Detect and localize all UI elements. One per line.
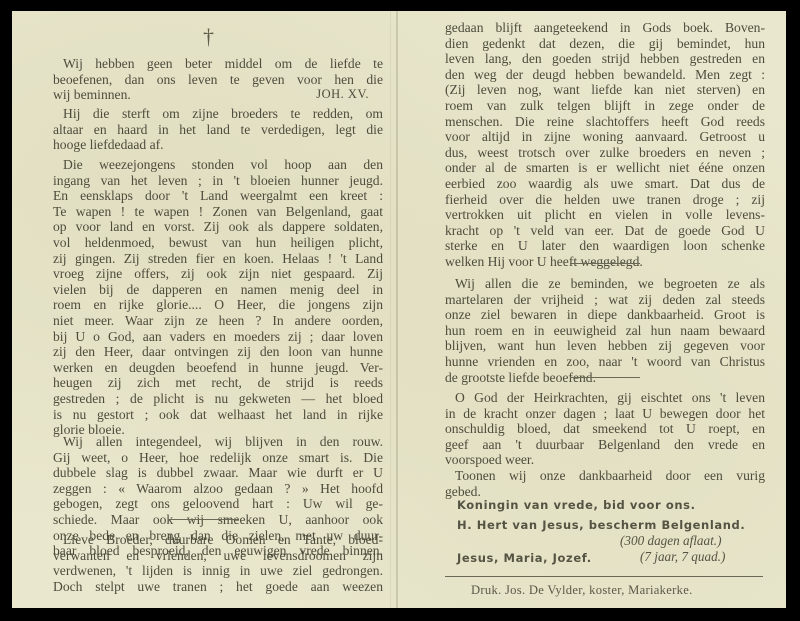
text-line: fierheid over die helden uwe tranen drog… [445, 192, 765, 208]
text-line: blijven, want hun leven hebben zij gegev… [445, 338, 765, 354]
text-line: verdwenen, 't lijden is innig in uwe zie… [53, 563, 383, 579]
paragraph-2: Wij allen die ze beminden, we begroeten … [445, 276, 765, 385]
text-line: roem en rijke glorie.... O Heer, die jon… [53, 297, 383, 313]
text-line: wij beminnen. JOH. XV. [53, 87, 383, 103]
text-line: onschuldig bloed, dat smeekend tot U roe… [445, 421, 765, 437]
text-line: Wij allen die ze beminden, we begroeten … [445, 276, 765, 292]
divider [168, 519, 238, 520]
text-line: zeggen : « Waarom alzoo gedaan ? » Het h… [53, 481, 383, 497]
epigraph-source: JOH. XV. [316, 87, 369, 103]
text-line: roem van zulk telgen blijft in zege onde… [445, 98, 765, 114]
text-line: Lieve Broeder, duurbare Oomen en Tante, … [53, 532, 383, 548]
text-line: op voor land en vorst. Zij ook als dappe… [53, 219, 383, 235]
text-line: welken Hij voor U heeft weggelegd. [445, 254, 765, 270]
text-line: sterke en U later den waardigen loon sch… [445, 238, 765, 254]
text-line: zij gingen. Zij streden fier en koen. He… [53, 251, 383, 267]
text-line: menschen. Die reine slachtoffers heeft G… [445, 114, 765, 130]
text-line: beoefenen, dan ons leven te geven voor h… [53, 72, 383, 88]
text-line: is nu gestort ; ook dat welhaast het lan… [53, 407, 383, 423]
text-line: Doch stelpt uwe tranen ; het goede aan w… [53, 579, 383, 595]
paragraph-1: Hij die sterft om zijne broeders te redd… [53, 106, 383, 153]
text-line: vroeg zijne offers, zij ook zijn niet ge… [53, 266, 383, 282]
text-line: werken en deugden beoefend in hunne jeug… [53, 360, 383, 376]
text-line: Te wapen ! te wapen ! Zonen van Belgenla… [53, 204, 383, 220]
text-line: gedaan blijft aangeteekend in Gods boek.… [445, 20, 765, 36]
text-line: heugen zij zich met recht, de strijd is … [53, 375, 383, 391]
text-line: Toonen wij onze dankbaarheid door een vu… [445, 468, 765, 484]
prayer-line-1: Koningin van vrede, bid voor ons. [457, 498, 696, 514]
cross-icon: † [203, 26, 214, 48]
paragraph-1: gedaan blijft aangeteekend in Gods boek.… [445, 20, 765, 270]
fold-shadow [390, 11, 391, 608]
text-line: gebogen, zegt ons geloovend hart : Uw wi… [53, 496, 383, 512]
text-line: dien gedenkt dat dezen, die gij bemindet… [445, 36, 765, 52]
indulgence-1: (300 dagen aflaat.) [620, 533, 721, 549]
text-line: eerbied zoo waardig als uwe smart. Dat d… [445, 176, 765, 192]
text-line: Wij hebben geen beter middel om de liefd… [53, 56, 383, 72]
text-line: onze ziel bewaren in diepe dankbaarheid.… [445, 307, 765, 323]
footer-rule [445, 576, 763, 577]
text-line: geef aan 't duurbaar Belgenland den vred… [445, 437, 765, 453]
text-line: Gij weet, o Heer, hoe redelijk onze smar… [53, 450, 383, 466]
text-line: ingang van het leven ; in 't bloeien hun… [53, 173, 383, 189]
epigraph: Wij hebben geen beter middel om de liefd… [53, 56, 383, 103]
text-line: martelaren der vrijheid ; wat zij deden … [445, 292, 765, 308]
paragraph-3: O God der Heirkrachten, gij eischtet ons… [445, 390, 765, 468]
text-line: leven lang, den goeden strijd hebben ges… [445, 51, 765, 67]
text-line: Wij allen integendeel, wij blijven in de… [53, 434, 383, 450]
text-line: En eensklaps door 't Land weergalmt een … [53, 188, 383, 204]
text-line: vol heldenmoed, bewust van hun heiligen … [53, 235, 383, 251]
prayer-line-2: H. Hert van Jesus, bescherm Belgenland. [457, 518, 745, 534]
text-line: verwanten en vrienden, uwe levensdroomen… [53, 548, 383, 564]
text-line: onder al de smarten is er wellicht niet … [445, 160, 765, 176]
text-line: hunne vrienden en zoo, naar 't woord van… [445, 354, 765, 370]
text-line: vielen bij de dapperen en namen menig de… [53, 282, 383, 298]
text-line: hun roem en in eeuwigheid zal hun naam b… [445, 323, 765, 339]
text-line: Hij die sterft om zijne broeders te redd… [53, 106, 383, 122]
divider [570, 263, 640, 264]
text-line: O God der Heirkrachten, gij eischtet ons… [445, 390, 765, 406]
text-line: vertrokken uit plicht en vielen in volle… [445, 207, 765, 223]
text-line: kracht op 't veld van eer. Dat de goede … [445, 223, 765, 239]
printer-credit: Druk. Jos. De Vylder, koster, Mariakerke… [471, 583, 693, 599]
text-line: dus, weest trotsch over zulke broeders e… [445, 145, 765, 161]
text-line: gestreden ; de plicht is nu gekweten — h… [53, 391, 383, 407]
text-line: voor altijd in zijne woning aanvaard. Ge… [445, 129, 765, 145]
paragraph-4: Toonen wij onze dankbaarheid door een vu… [445, 468, 765, 499]
text-line: zij den Heer, daar ontvingen zij den loo… [53, 344, 383, 360]
text-line: gebed. [445, 484, 765, 500]
center-fold [396, 11, 398, 608]
epigraph-last-line: wij beminnen. [53, 87, 131, 102]
text-line: in de kracht onzer dagen ; laat U bewege… [445, 406, 765, 422]
divider [570, 377, 640, 378]
paragraph-4: Lieve Broeder, duurbare Oomen en Tante, … [53, 532, 383, 594]
memorial-card: † Wij hebben geen beter middel om de lie… [12, 11, 786, 608]
text-line: altaar en haard in het land te verdedige… [53, 122, 383, 138]
text-line: niet meer. Waar zijn ze heen ? In andere… [53, 313, 383, 329]
text-line: bij U o God, aan vaders en moeders zij ;… [53, 329, 383, 345]
indulgence-2: (7 jaar, 7 quad.) [640, 549, 725, 565]
paragraph-2: Die weezejongens stonden vol hoop aan de… [53, 157, 383, 438]
text-line: voorspoed weer. [445, 452, 765, 468]
text-line: hooge liefdedaad af. [53, 137, 383, 153]
prayer-line-3: Jesus, Maria, Jozef. [457, 551, 592, 567]
text-line: Die weezejongens stonden vol hoop aan de… [53, 157, 383, 173]
text-line: dubbele slag is dubbel zwaar. Maar wie d… [53, 465, 383, 481]
text-line: den weg der deugd hebben bewandeld. Men … [445, 67, 765, 83]
text-line: (Zij leven nog, want liefde kan niet ste… [445, 82, 765, 98]
